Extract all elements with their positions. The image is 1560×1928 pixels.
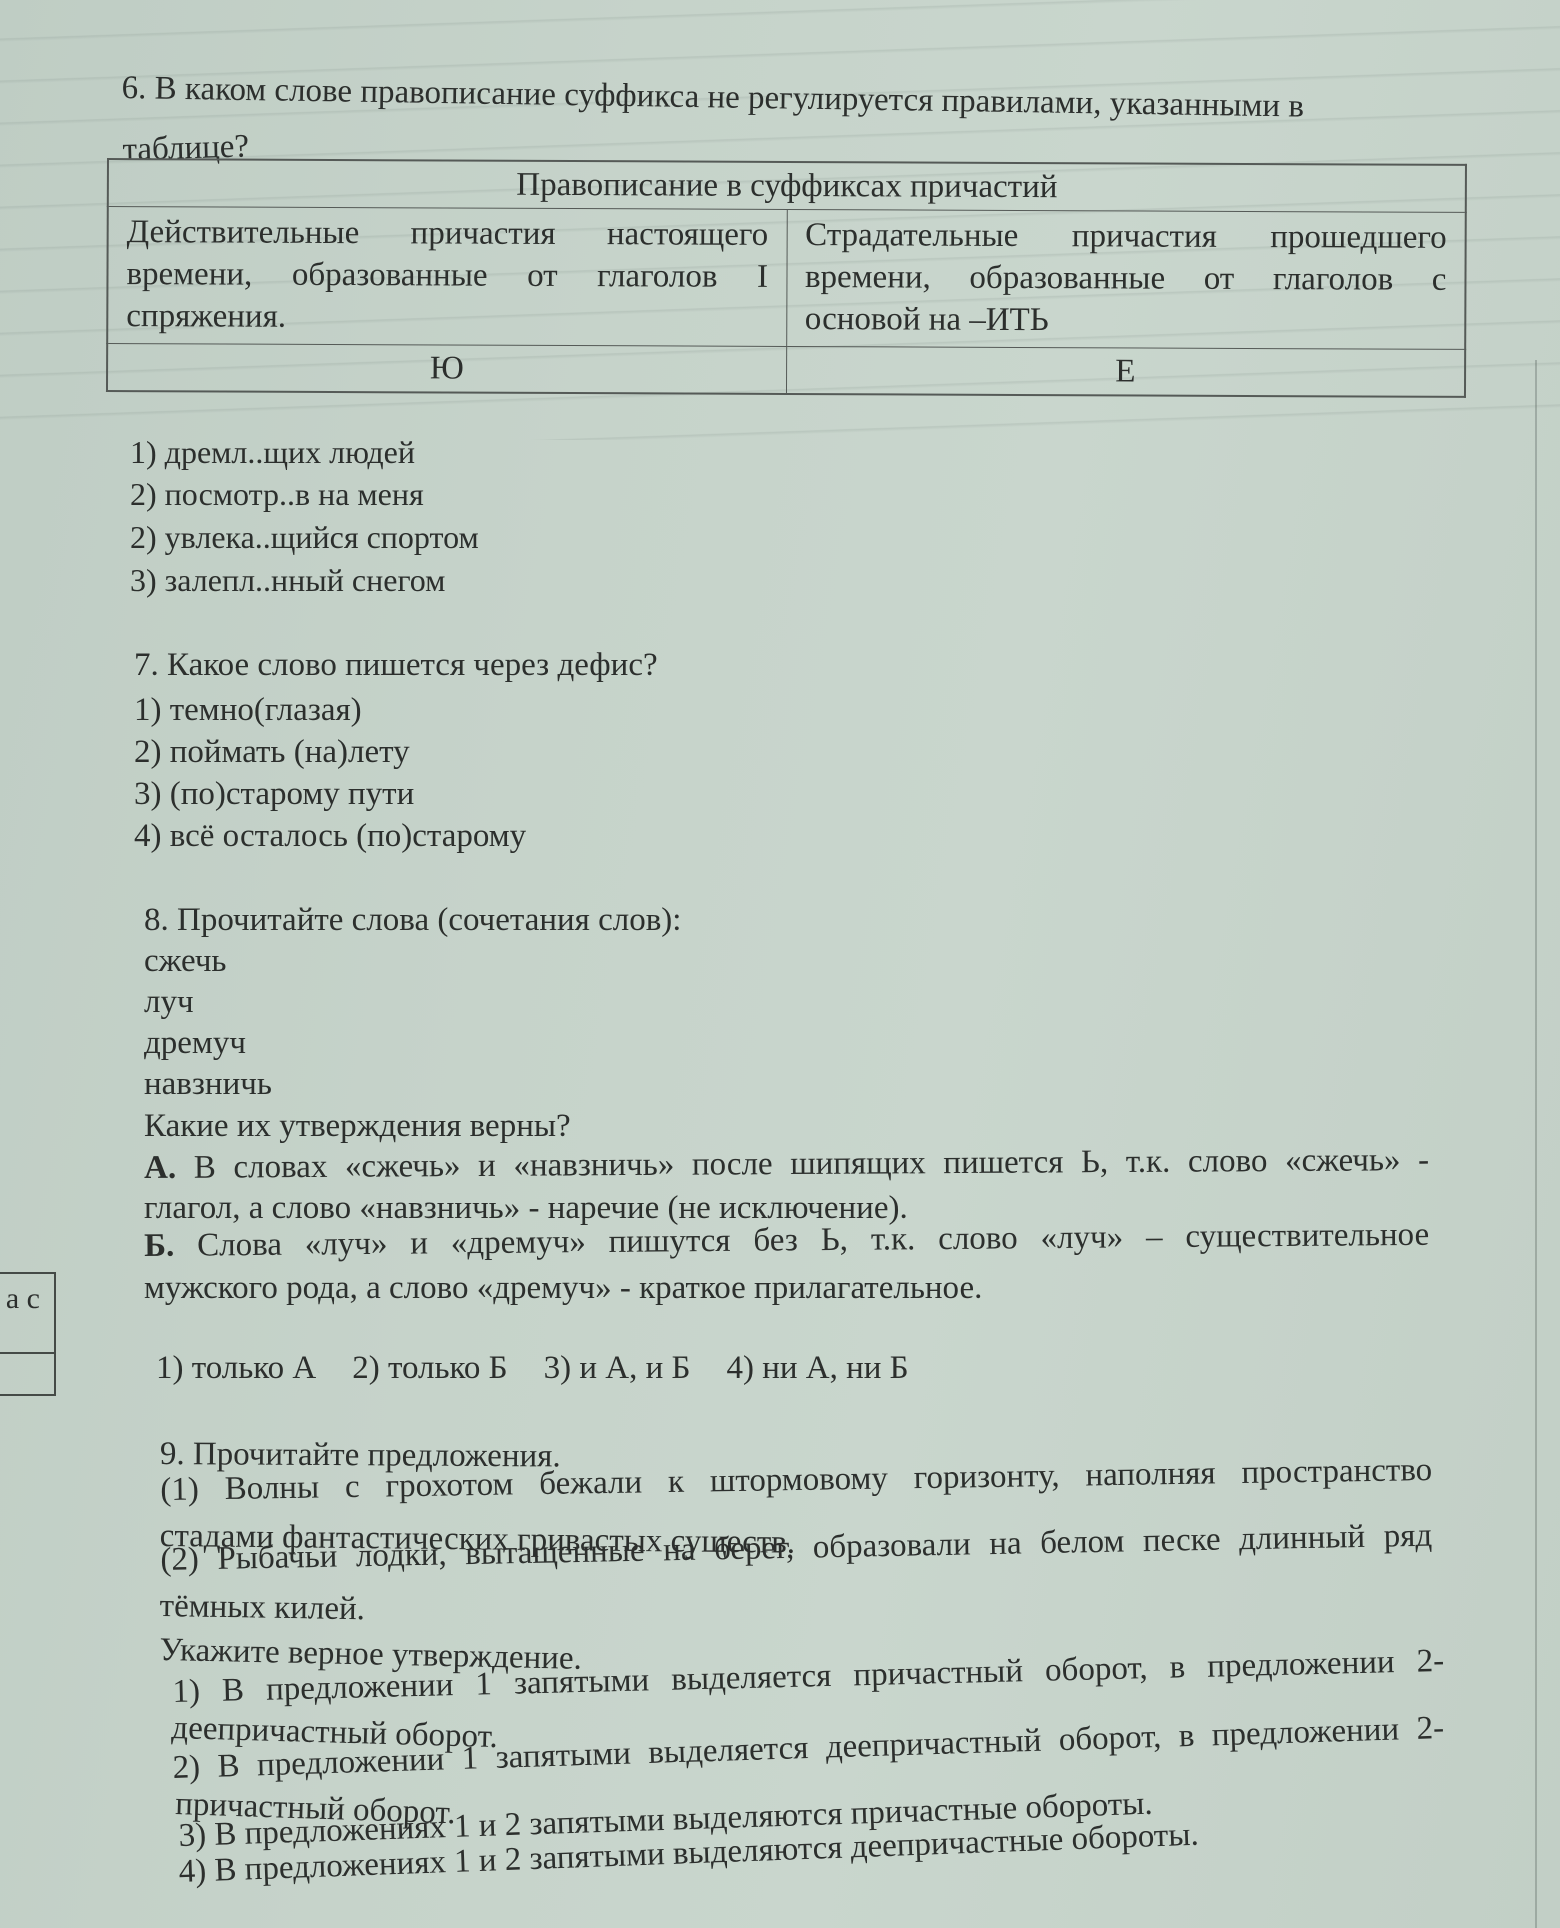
table-cell-letter-e: Е xyxy=(786,346,1465,396)
question-8-word: дремуч xyxy=(144,1023,246,1063)
adjacent-page-table-fragment: а с xyxy=(0,1272,56,1396)
question-7-option: 1) темно(глазая) xyxy=(134,690,362,730)
question-8-option: 2) только Б xyxy=(352,1348,507,1388)
statement-b-text: Слова «луч» и «дремуч» пишутся без Ь, т.… xyxy=(197,1217,1429,1264)
table-header: Правописание в суффиксах причастий xyxy=(108,159,1466,212)
question-8-prompt: Какие их утверждения верны? xyxy=(144,1106,571,1146)
statement-a-letter: А. xyxy=(144,1150,176,1186)
question-8-option: 4) ни А, ни Б xyxy=(726,1348,908,1388)
question-7-title: 7. Какое слово пишется через дефис? xyxy=(134,645,658,685)
question-6-option: 2) посмотр..в на меня xyxy=(130,474,424,514)
sentence-2-line2: тёмных килей. xyxy=(159,1586,365,1629)
question-8-word: луч xyxy=(144,982,194,1022)
table-cell-active-participles: Действительные причастия настоящего врем… xyxy=(107,207,787,347)
question-8-option: 3) и А, и Б xyxy=(544,1348,691,1388)
statement-a-text: В словах «сжечь» и «навзничь» после шипя… xyxy=(194,1142,1429,1186)
question-6-title: 6. В каком слове правописание суффикса н… xyxy=(121,68,1304,127)
suffix-rules-table: Правописание в суффиксах причастий Дейст… xyxy=(106,158,1467,398)
fragment-divider xyxy=(0,1352,54,1354)
question-8-word: навзничь xyxy=(144,1064,272,1104)
question-8-option: 1) только А xyxy=(156,1348,316,1388)
question-6-option: 3) залепл..нный снегом xyxy=(130,560,445,600)
fragment-text: а с xyxy=(6,1282,40,1316)
worksheet-page: 6. В каком слове правописание суффикса н… xyxy=(0,0,1560,1928)
question-6-option: 2) увлека..щийся спортом xyxy=(130,517,479,557)
question-6-option: 1) дремл..щих людей xyxy=(130,432,415,472)
question-7-option: 2) поймать (на)лету xyxy=(134,732,410,772)
statement-a-line1: А. В словах «сжечь» и «навзничь» после ш… xyxy=(144,1140,1429,1188)
table-cell-passive-participles: Страдательные причастия прошедшего време… xyxy=(786,209,1466,349)
question-7-option: 4) всё осталось (по)старому xyxy=(134,816,526,856)
question-8-title: 8. Прочитайте слова (сочетания слов): xyxy=(144,900,681,940)
question-7-option: 3) (по)старому пути xyxy=(134,774,414,814)
question-8-word: сжечь xyxy=(144,941,226,981)
statement-b-line2: мужского рода, а слово «дремуч» - кратко… xyxy=(144,1268,982,1308)
question-8-answer-options: 1) только А 2) только Б 3) и А, и Б 4) н… xyxy=(156,1348,909,1388)
statement-b-letter: Б. xyxy=(144,1228,174,1264)
table-cell-letter-yu: Ю xyxy=(107,344,786,394)
